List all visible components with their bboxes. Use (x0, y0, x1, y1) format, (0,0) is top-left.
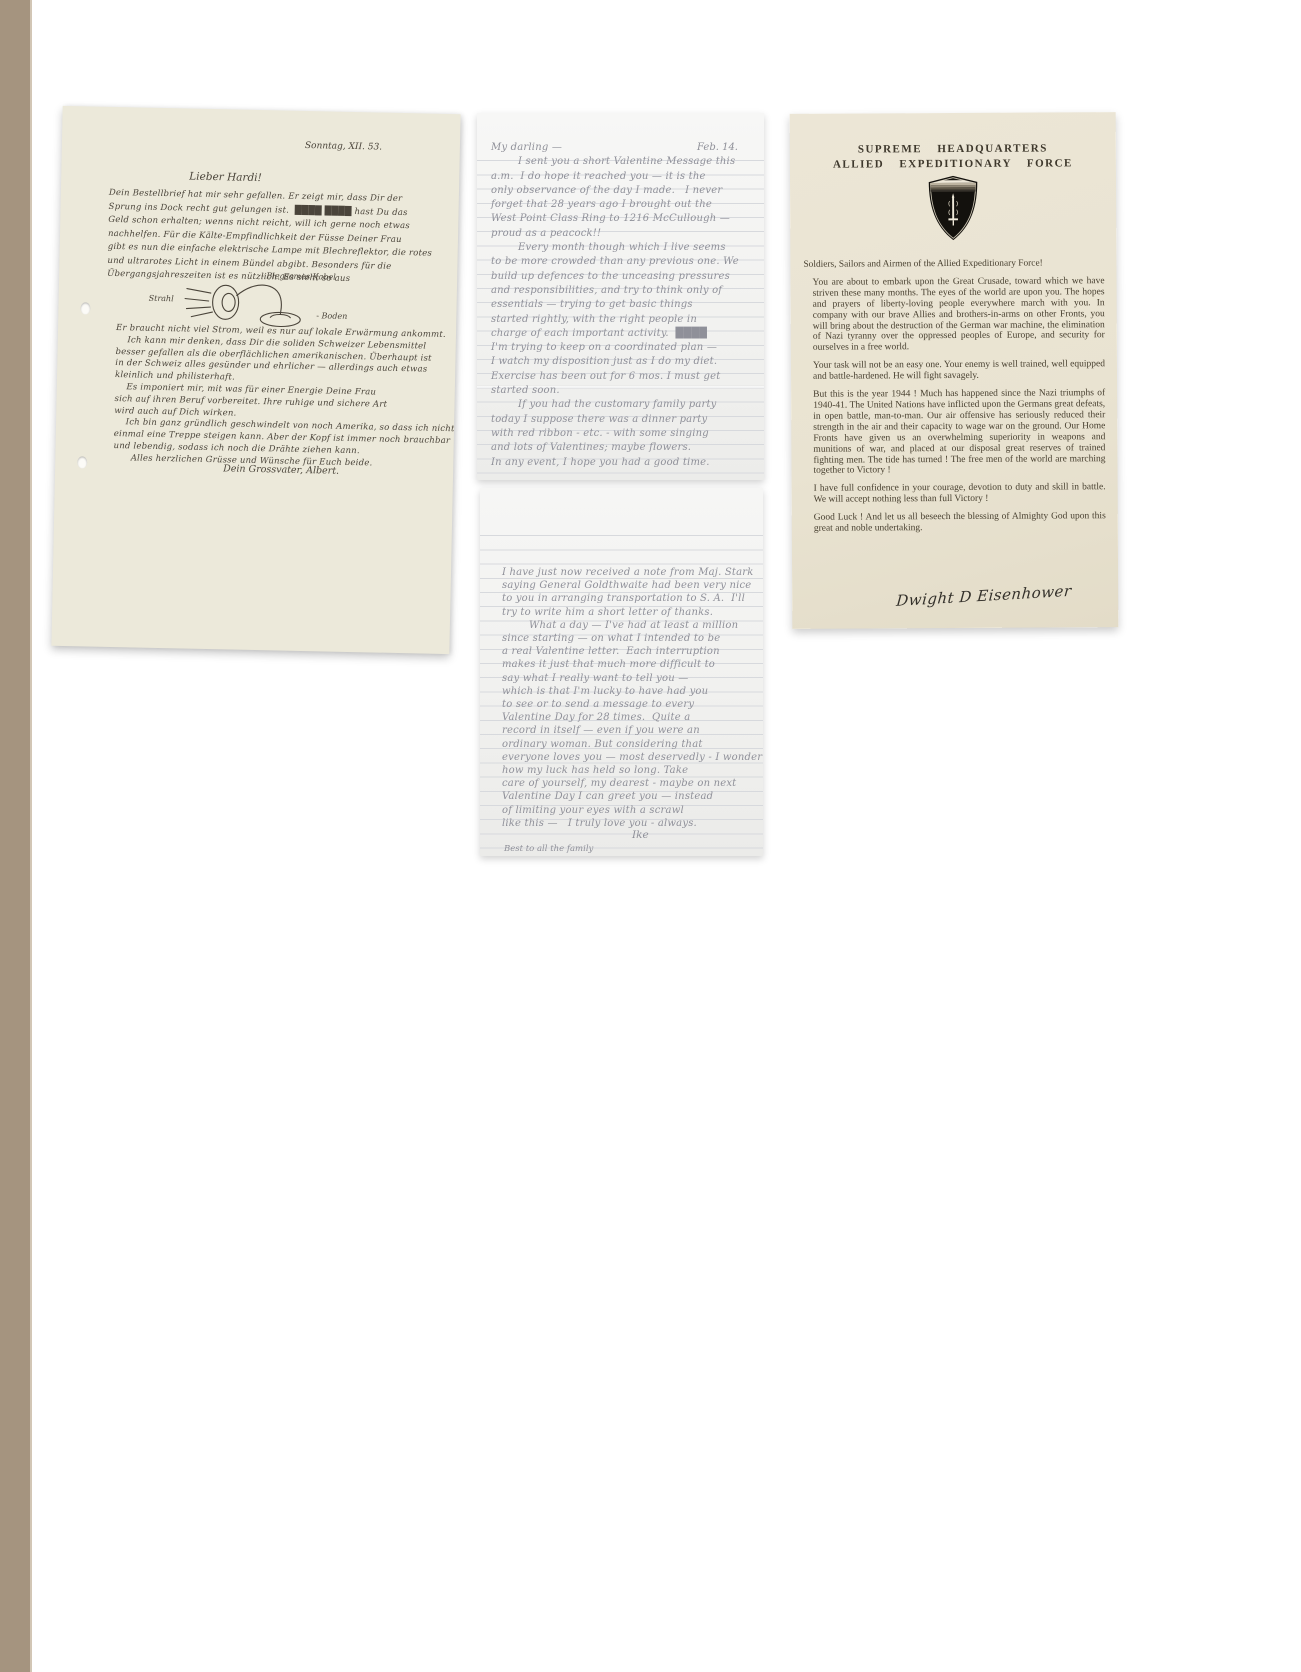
text-line: with red ribbon - etc. - with some singi… (491, 427, 759, 441)
shaef-shield-icon (790, 174, 1116, 247)
text-line: Your task will not be an easy one. Your … (804, 359, 1105, 382)
text-line: essentials — trying to get basic things (491, 298, 759, 312)
text-line: makes it just that much more difficult t… (502, 658, 757, 671)
order-paragraphs: You are about to embark upon the Great C… (804, 276, 1106, 535)
text-line: But this is the year 1944 ! Much has hap… (804, 388, 1105, 477)
catalog-left-margin-band (0, 0, 32, 1672)
text-line: started rightly, with the right people i… (491, 313, 759, 327)
text-line: My darling — (491, 141, 759, 155)
valentine-letter-page-1: Feb. 14. My darling — I sent you a short… (477, 113, 764, 480)
text-line: started soon. (491, 384, 759, 398)
text-line: to be more crowded than any previous one… (491, 255, 759, 269)
text-line: of limiting your eyes with a scrawl (502, 804, 757, 817)
einstein-signature: Dein Grossvater, Albert. (223, 463, 339, 476)
header-line-1: SUPREME HEADQUARTERS (790, 141, 1116, 158)
text-line: and responsibilities, and try to think o… (491, 284, 759, 298)
text-line: everyone loves you — most deservedly - I… (502, 751, 757, 764)
text-line: to see or to send a message to every (502, 698, 757, 711)
text-line: I have full confidence in your courage, … (805, 483, 1106, 506)
text-line: which is that I'm lucky to have had you (502, 685, 757, 698)
letter-postscript: Best to all the family (504, 844, 593, 854)
text-line: build up defences to the unceasing press… (491, 270, 759, 284)
document-header: SUPREME HEADQUARTERS ALLIED EXPEDITIONAR… (790, 141, 1116, 173)
text-line: Valentine Day for 28 times. Quite a (502, 711, 757, 724)
hole-punch-top (80, 302, 90, 314)
text-line: If you had the customary family party (491, 398, 759, 412)
text-line: only observance of the day I made. I nev… (491, 184, 759, 198)
text-line: Valentine Day I can greet you — instead (502, 790, 757, 803)
ike-signature: Ike (632, 829, 649, 841)
lamp-drawing-icon (184, 274, 345, 331)
catalog-page: { "page": { "background": "#ffffff", "le… (0, 0, 1301, 1672)
text-line: I sent you a short Valentine Message thi… (491, 155, 759, 169)
text-line: today I suppose there was a dinner party (491, 413, 759, 427)
hole-punch-bottom (77, 456, 87, 468)
text-line: Exercise has been out for 6 mos. I must … (491, 370, 759, 384)
text-line: and lots of Valentines; maybe flowers. (491, 441, 759, 455)
text-line: care of yourself, my dearest - maybe on … (502, 777, 757, 790)
text-line: Every month though which I live seems (491, 241, 759, 255)
text-line: forget that 28 years ago I brought out t… (491, 198, 759, 212)
text-line: say what I really want to tell you — (502, 672, 757, 685)
text-line: a.m. I do hope it reached you — it is th… (491, 170, 759, 184)
order-salutation: Soldiers, Sailors and Airmen of the Alli… (803, 258, 1104, 270)
dday-order-document: SUPREME HEADQUARTERS ALLIED EXPEDITIONAR… (790, 112, 1119, 629)
valentine-letter-page-2: I have just now received a note from Maj… (480, 488, 763, 856)
sketch-label-beam: Strahl (149, 294, 174, 304)
header-line-2: ALLIED EXPEDITIONARY FORCE (790, 156, 1116, 173)
text-line: ordinary woman. But considering that (502, 738, 757, 751)
text-line: how my luck has held so long. Take (502, 764, 757, 777)
letter-date: Sonntag, XII. 53. (305, 141, 382, 153)
einstein-letter-page: Sonntag, XII. 53. Lieber Hardi! Dein Bes… (51, 106, 460, 654)
text-line: like this — I truly love you - always. (502, 817, 757, 830)
text-line: In any event, I hope you had a good time… (491, 456, 759, 470)
text-line: try to write him a short letter of thank… (502, 606, 757, 619)
text-line: record in itself — even if you were an (502, 724, 757, 737)
text-line: since starting — on what I intended to b… (502, 632, 757, 645)
letter-paragraph-2: Er braucht nicht viel Strom, weil es nur… (113, 323, 454, 472)
text-line: Good Luck ! And let us all beseech the b… (805, 511, 1106, 534)
text-line: I'm trying to keep on a coordinated plan… (491, 341, 759, 355)
text-line: charge of each important activity. ████ (491, 327, 759, 341)
eisenhower-signature: Dwight D Eisenhower (896, 582, 1073, 610)
letter-body: I have just now received a note from Maj… (502, 566, 757, 830)
text-line: I watch my disposition just as I do my d… (491, 355, 759, 369)
letter-body: My darling — I sent you a short Valentin… (491, 141, 759, 470)
text-line: proud as a peacock!! (491, 227, 759, 241)
text-line: What a day — I've had at least a million (502, 619, 757, 632)
text-line: You are about to embark upon the Great C… (804, 276, 1105, 354)
text-line: saying General Goldthwaite had been very… (502, 579, 757, 592)
letter-salutation: Lieber Hardi! (189, 171, 262, 185)
text-line: a real Valentine letter. Each interrupti… (502, 645, 757, 658)
text-line: I have just now received a note from Maj… (502, 566, 757, 579)
order-text: Soldiers, Sailors and Airmen of the Alli… (803, 258, 1105, 542)
text-line: to you in arranging transportation to S.… (502, 592, 757, 605)
text-line: West Point Class Ring to 1216 McCullough… (491, 212, 759, 226)
